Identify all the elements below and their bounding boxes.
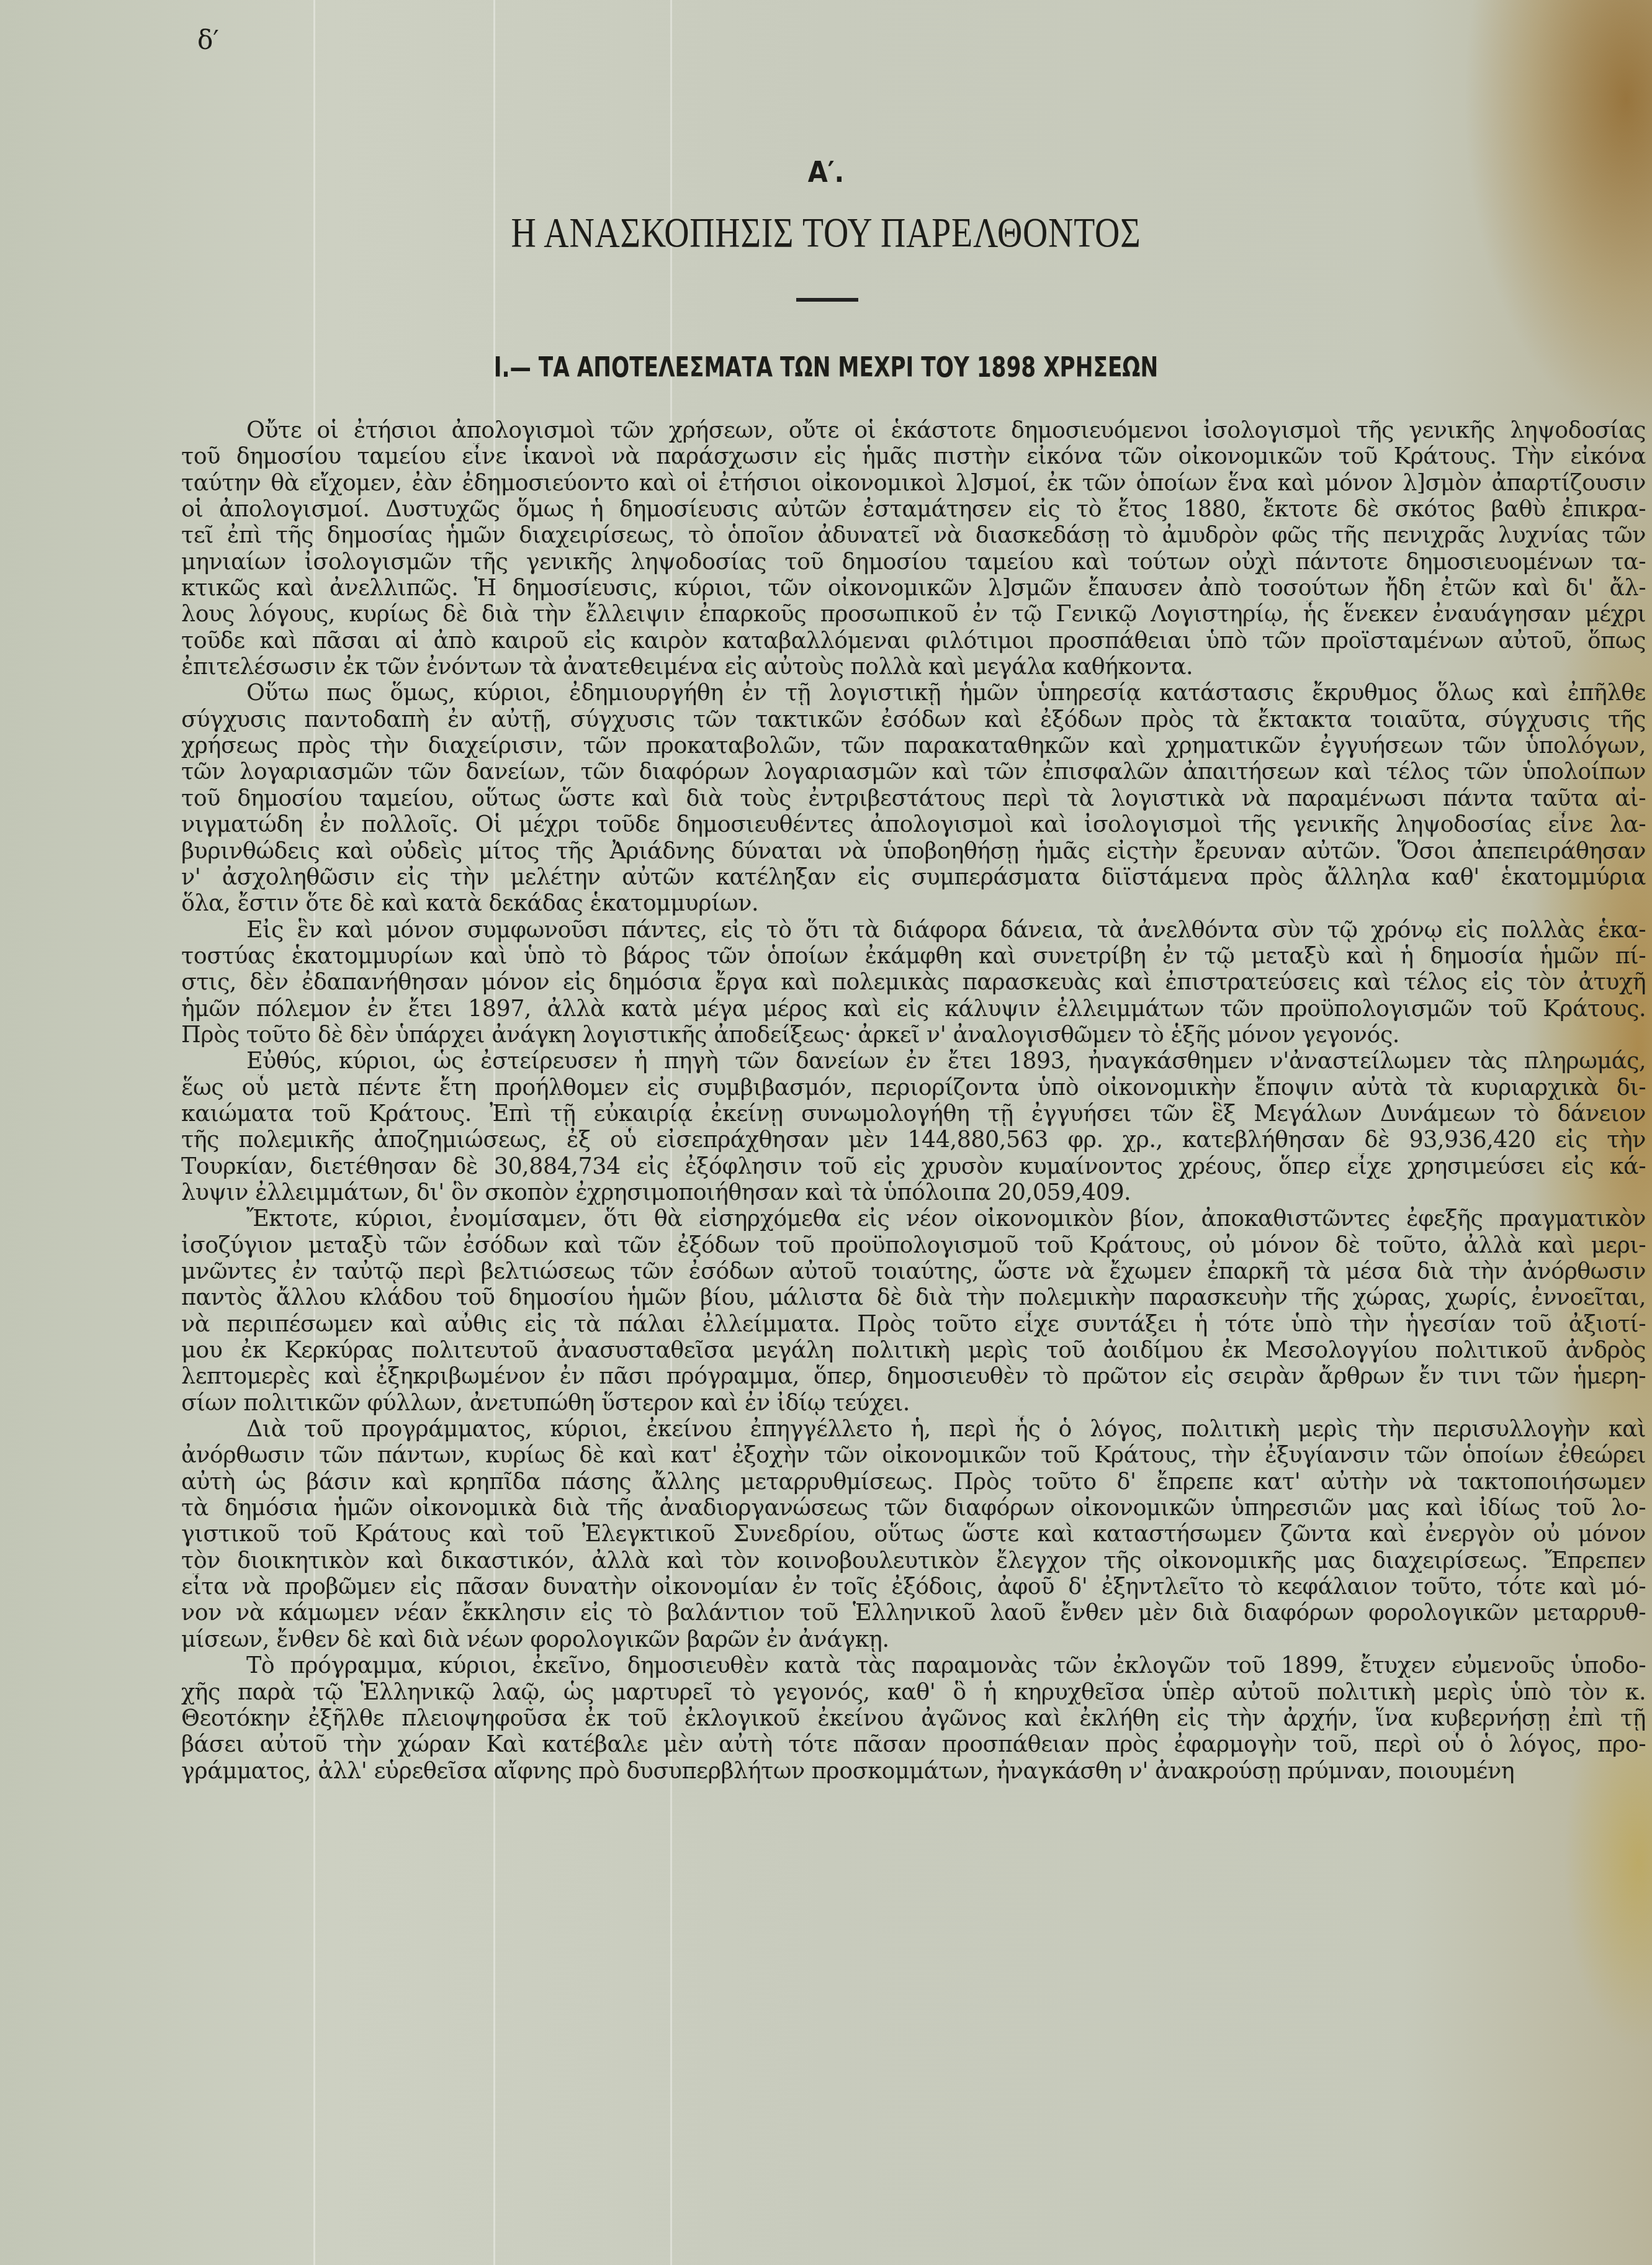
text-line: τὸν διοικητικὸν καὶ δικαστικόν, ἀλλὰ καὶ… [181, 1547, 1646, 1574]
text-line: νὰ περιπέσωμεν καὶ αὖθις εἰς τὰ πάλαι ἐλ… [181, 1311, 1646, 1337]
text-line: τοῦ δημοσίου ταμείου εἶνε ἱκανοὶ νὰ παρά… [181, 443, 1646, 469]
text-line: Οὔτε οἱ ἐτήσιοι ἀπολογισμοὶ τῶν χρήσεων,… [181, 417, 1646, 443]
text-line: ταύτην θὰ εἴχομεν, ἐὰν ἐδημοσιεύοντο καὶ… [181, 470, 1646, 496]
text-line: τῶν λογαριασμῶν τῶν δανείων, τῶν διαφόρω… [181, 759, 1646, 785]
text-line: λους λόγους, κυρίως δὲ διὰ τὴν ἔλλειψιν … [181, 601, 1646, 627]
text-line: στις, δὲν ἐδαπανήθησαν μόνον εἰς δημόσια… [181, 969, 1646, 995]
text-line: μνῶντες ἐν ταὐτῷ περὶ βελτιώσεως τῶν ἐσό… [181, 1258, 1646, 1284]
text-line: ὅλα, ἔστιν ὅτε δὲ καὶ κατὰ δεκάδας ἑκατο… [181, 890, 1646, 916]
text-line: λεπτομερὲς καὶ ἐξηκριβωμένον ἐν πᾶσι πρό… [181, 1363, 1646, 1389]
title-divider [796, 298, 858, 302]
text-line: χρήσεως πρὸς τὴν διαχείρισιν, τῶν προκατ… [181, 732, 1646, 759]
section-subtitle: Ι.— ΤΑ ΑΠΟΤΕΛΕΣΜΑΤΑ ΤΩΝ ΜΕΧΡΙ ΤΟΥ 1898 Χ… [182, 352, 1470, 384]
text-line: βάσει αὐτοῦ τὴν χώραν Καὶ κατέβαλε μὲν α… [181, 1731, 1646, 1757]
text-line: Τὸ πρόγραμμα, κύριοι, ἐκεῖνο, δημοσιευθὲ… [181, 1652, 1646, 1678]
text-line: λυψιν ἐλλειμμάτων, δι' ὃν σκοπὸν ἐχρησιμ… [181, 1179, 1646, 1205]
text-line: τεῖ ἐπὶ τῆς δημοσίας ἡμῶν διαχειρίσεως, … [181, 522, 1646, 548]
text-line: μηνιαίων ἰσολογισμῶν τῆς γενικῆς ληψοδοσ… [181, 549, 1646, 575]
page-title: Η ΑΝΑΣΚΟΠΗΣΙΣ ΤΟΥ ΠΑΡΕΛΘΟΝΤΟΣ [149, 208, 1504, 257]
text-line: αὐτὴ ὡς βάσιν καὶ κρηπῖδα πάσης ἄλλης με… [181, 1469, 1646, 1495]
text-line: ν' ἀσχοληθῶσιν εἰς τὴν μελέτην αὐτῶν κατ… [181, 864, 1646, 890]
text-line: καιώματα τοῦ Κράτους. Ἐπὶ τῇ εὐκαιρίᾳ ἐκ… [181, 1101, 1646, 1127]
text-line: ἕως οὗ μετὰ πέντε ἔτη προήλθομεν εἰς συμ… [181, 1074, 1646, 1101]
text-line: νον νὰ κάμωμεν νέαν ἔκκλησιν εἰς τὸ βαλά… [181, 1600, 1646, 1626]
text-line: σύγχυσις παντοδαπὴ ἐν αὐτῇ, σύγχυσις τῶν… [181, 706, 1646, 732]
text-line: ἡμῶν πόλεμον ἐν ἔτει 1897, ἀλλὰ κατὰ μέγ… [181, 996, 1646, 1022]
text-line: Ἔκτοτε, κύριοι, ἐνομίσαμεν, ὅτι θὰ εἰσηρ… [181, 1205, 1646, 1232]
text-line: τοστύας ἑκατομμυρίων καὶ ὑπὸ τὸ βάρος τῶ… [181, 943, 1646, 969]
text-line: Θεοτόκην ἐξῆλθε πλειοψηφοῦσα ἐκ τοῦ ἐκλο… [181, 1705, 1646, 1731]
section-letter: Α′. [0, 155, 1652, 189]
text-line: Τουρκίαν, διετέθησαν δὲ 30,884,734 εἰς ἐ… [181, 1153, 1646, 1179]
text-line: παντὸς ἄλλου κλάδου τοῦ δημοσίου ἡμῶν βί… [181, 1284, 1646, 1310]
text-line: βυρινθώδεις καὶ οὐδεὶς μίτος τῆς Ἀριάδνη… [181, 838, 1646, 864]
text-line: Εἰς ἓν καὶ μόνον συμφωνοῦσι πάντες, εἰς … [181, 917, 1646, 943]
text-line: Εὐθύς, κύριοι, ὡς ἐστείρευσεν ἡ πηγὴ τῶν… [181, 1048, 1646, 1074]
text-line: Διὰ τοῦ προγράμματος, κύριοι, ἐκείνου ἐπ… [181, 1416, 1646, 1442]
text-line: μίσεων, ἔνθεν δὲ καὶ διὰ νέων φορολογικῶ… [181, 1626, 1646, 1652]
text-line: τοῦδε καὶ πᾶσαι αἱ ἀπὸ καιροῦ εἰς καιρὸν… [181, 628, 1646, 654]
text-line: ἰσοζύγιον μεταξὺ τῶν ἐσόδων καὶ τῶν ἐξόδ… [181, 1232, 1646, 1258]
text-line: τοῦ δημοσίου ταμείου, οὕτως ὥστε καὶ διὰ… [181, 785, 1646, 811]
text-line: τῆς πολεμικῆς ἀποζημιώσεως, ἐξ οὗ εἰσεπρ… [181, 1127, 1646, 1153]
text-line: οἱ ἀπολογισμοί. Δυστυχῶς ὅμως ἡ δημοσίευ… [181, 496, 1646, 522]
text-line: τὰ δημόσια ἡμῶν οἰκονομικὰ διὰ τῆς ἀναδι… [181, 1495, 1646, 1521]
text-line: γιστικοῦ τοῦ Κράτους καὶ τοῦ Ἐλεγκτικοῦ … [181, 1521, 1646, 1547]
text-line: ἀνόρθωσιν τῶν πάντων, κυρίως δὲ καὶ κατ'… [181, 1442, 1646, 1468]
text-line: εἶτα νὰ προβῶμεν εἰς πᾶσαν δυνατὴν οἰκον… [181, 1574, 1646, 1600]
document-body: Οὔτε οἱ ἐτήσιοι ἀπολογισμοὶ τῶν χρήσεων,… [181, 417, 1646, 1784]
text-line: γράμματος, ἀλλ' εὑρεθεῖσα αἴφνης πρὸ δυσ… [181, 1758, 1646, 1784]
text-line: μου ἐκ Κερκύρας πολιτευτοῦ ἀνασυσταθεῖσα… [181, 1337, 1646, 1363]
text-line: Οὕτω πως ὅμως, κύριοι, ἐδημιουργήθη ἐν τ… [181, 680, 1646, 706]
text-line: κτικῶς καὶ ἀνελλιπῶς. Ἡ δημοσίευσις, κύρ… [181, 575, 1646, 601]
text-line: χῆς παρὰ τῷ Ἑλληνικῷ λαῷ, ὡς μαρτυρεῖ τὸ… [181, 1679, 1646, 1705]
text-line: ἐπιτελέσωσιν ἐκ τῶν ἐνόντων τὰ ἀνατεθειμ… [181, 654, 1646, 680]
text-line: Πρὸς τοῦτο δὲ δὲν ὑπάρχει ἀνάγκη λογιστι… [181, 1022, 1646, 1048]
text-line: νιγματώδη ἐν πολλοῖς. Οἱ μέχρι τοῦδε δημ… [181, 811, 1646, 837]
page-number: δ′ [197, 25, 219, 55]
text-line: σίων πολιτικῶν φύλλων, ἀνετυπώθη ὕστερον… [181, 1390, 1646, 1416]
